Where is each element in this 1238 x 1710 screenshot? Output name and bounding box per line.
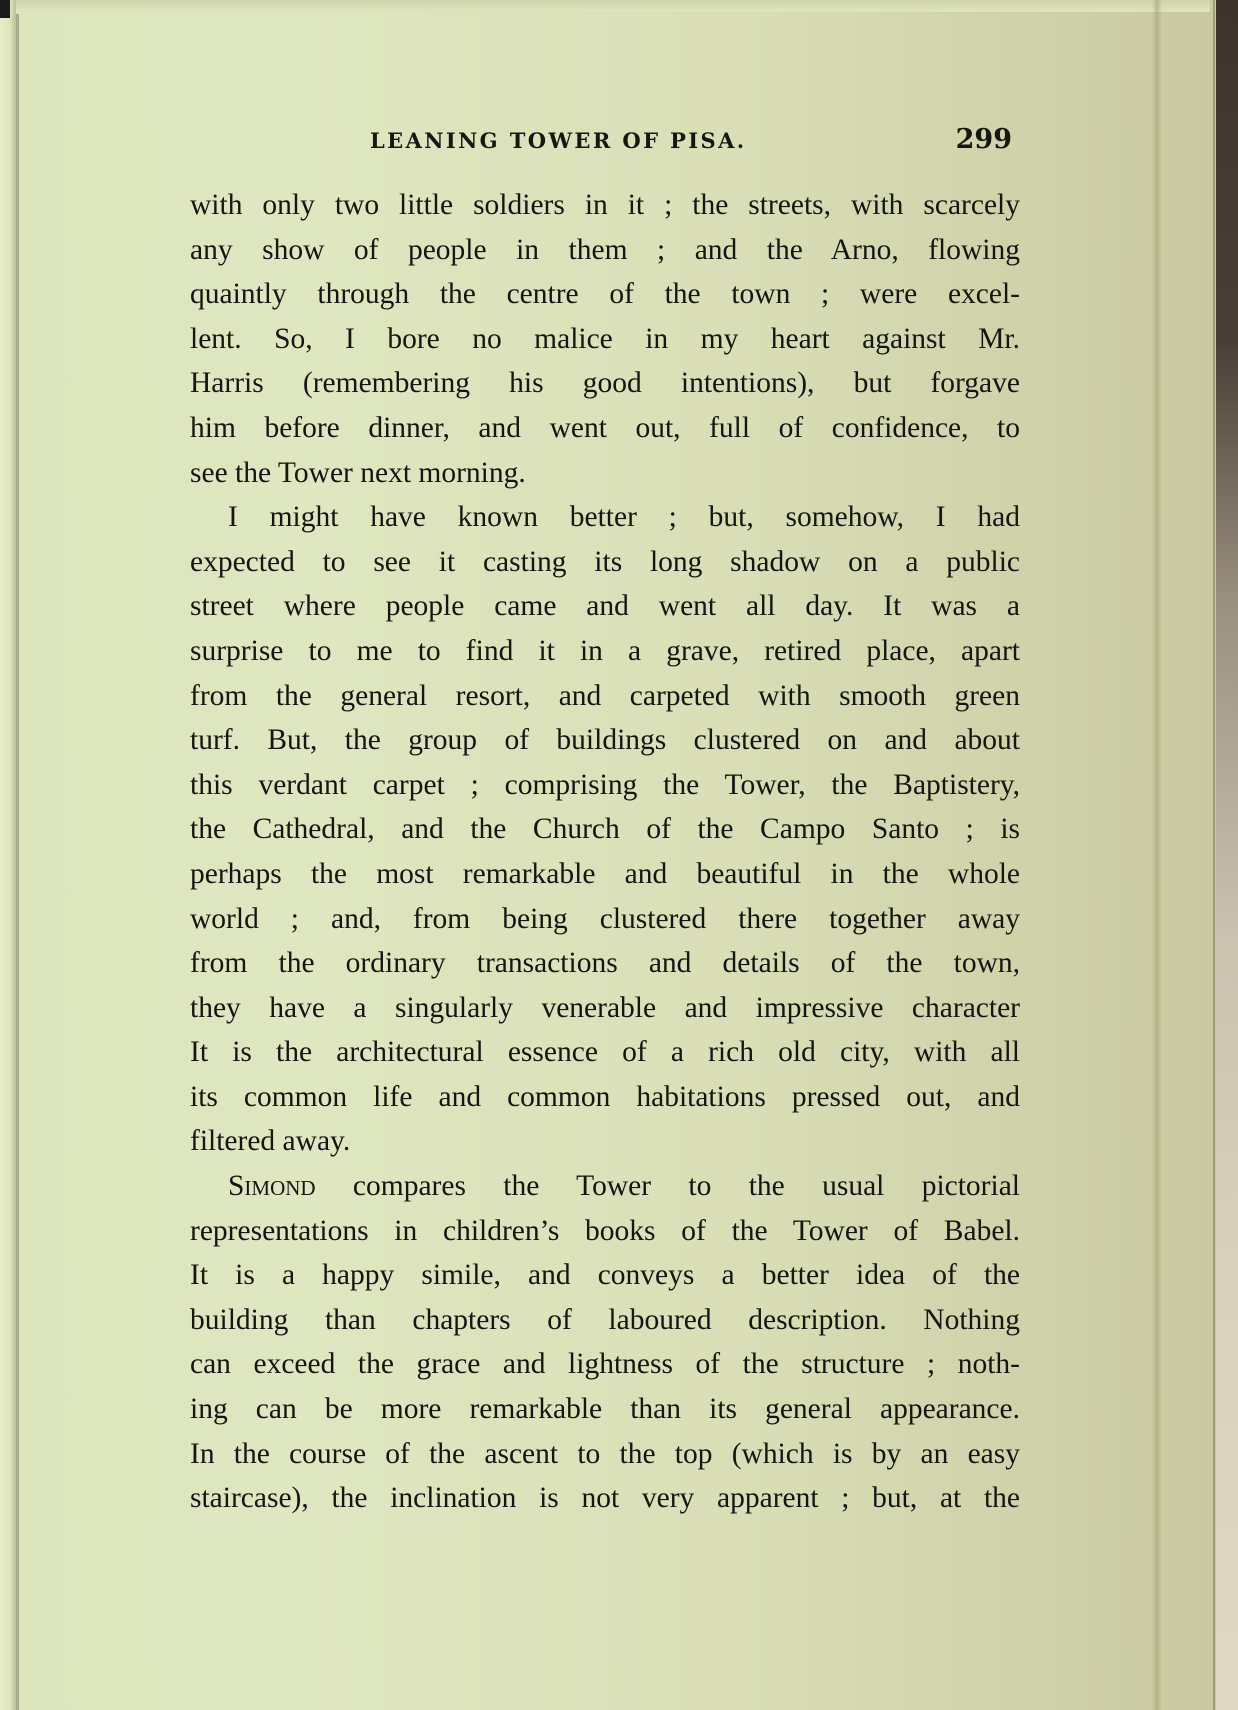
text-line: In the course of the ascent to the top (… bbox=[190, 1432, 1020, 1477]
page-edge-line bbox=[1213, 0, 1215, 1710]
book-spine-edge bbox=[0, 0, 16, 1710]
text-line: with only two little soldiers in it ; th… bbox=[190, 183, 1020, 228]
text-line: quaintly through the centre of the town … bbox=[190, 272, 1020, 317]
text-line: its common life and common habitations p… bbox=[190, 1075, 1020, 1120]
text-line: turf. But, the group of buildings cluste… bbox=[190, 718, 1020, 763]
paragraph-start-line: Simond compares the Tower to the usual p… bbox=[190, 1164, 1020, 1209]
text-line: filtered away. bbox=[190, 1119, 1020, 1164]
background-edge bbox=[1216, 0, 1238, 1710]
text-line: see the Tower next morning. bbox=[190, 451, 1020, 496]
running-head: LEANING TOWER OF PISA. bbox=[370, 128, 747, 153]
text-line: perhaps the most remarkable and beautifu… bbox=[190, 852, 1020, 897]
text-line: surprise to me to find it in a grave, re… bbox=[190, 629, 1020, 674]
text-line: the Cathedral, and the Church of the Cam… bbox=[190, 807, 1020, 852]
text-line: lent. So, I bore no malice in my heart a… bbox=[190, 317, 1020, 362]
page-top-edge bbox=[10, 0, 1210, 12]
text-line: It is a happy simile, and conveys a bett… bbox=[190, 1253, 1020, 1298]
text-line: world ; and, from being clustered there … bbox=[190, 897, 1020, 942]
text-line: him before dinner, and went out, full of… bbox=[190, 406, 1020, 451]
text-line: this verdant carpet ; comprising the Tow… bbox=[190, 763, 1020, 808]
gutter-line bbox=[16, 14, 19, 1710]
text-line: building than chapters of laboured descr… bbox=[190, 1298, 1020, 1343]
text-line: from the ordinary transactions and detai… bbox=[190, 941, 1020, 986]
text-line: Harris (remembering his good intentions)… bbox=[190, 361, 1020, 406]
text-line: It is the architectural essence of a ric… bbox=[190, 1030, 1020, 1075]
text-line: any show of people in them ; and the Arn… bbox=[190, 228, 1020, 273]
text-line-rest: compares the Tower to the usual pictoria… bbox=[353, 1170, 1020, 1202]
body-text: with only two little soldiers in it ; th… bbox=[190, 183, 1020, 1521]
text-line: ing can be more remarkable than its gene… bbox=[190, 1387, 1020, 1432]
text-line: street where people came and went all da… bbox=[190, 584, 1020, 629]
text-line: representations in children’s books of t… bbox=[190, 1209, 1020, 1254]
text-line: from the general resort, and carpeted wi… bbox=[190, 674, 1020, 719]
spine-dark-mark bbox=[0, 0, 10, 18]
text-line: they have a singularly venerable and imp… bbox=[190, 986, 1020, 1031]
text-line: staircase), the inclination is not very … bbox=[190, 1476, 1020, 1521]
paragraph-start-line: I might have known better ; but, somehow… bbox=[190, 495, 1020, 540]
text-line: expected to see it casting its long shad… bbox=[190, 540, 1020, 585]
small-caps-name: Simond bbox=[228, 1170, 316, 1202]
page-fold-line bbox=[1152, 0, 1162, 1710]
page-header: LEANING TOWER OF PISA. 299 bbox=[370, 124, 1020, 164]
text-line: can exceed the grace and lightness of th… bbox=[190, 1342, 1020, 1387]
page-number: 299 bbox=[956, 124, 1012, 155]
